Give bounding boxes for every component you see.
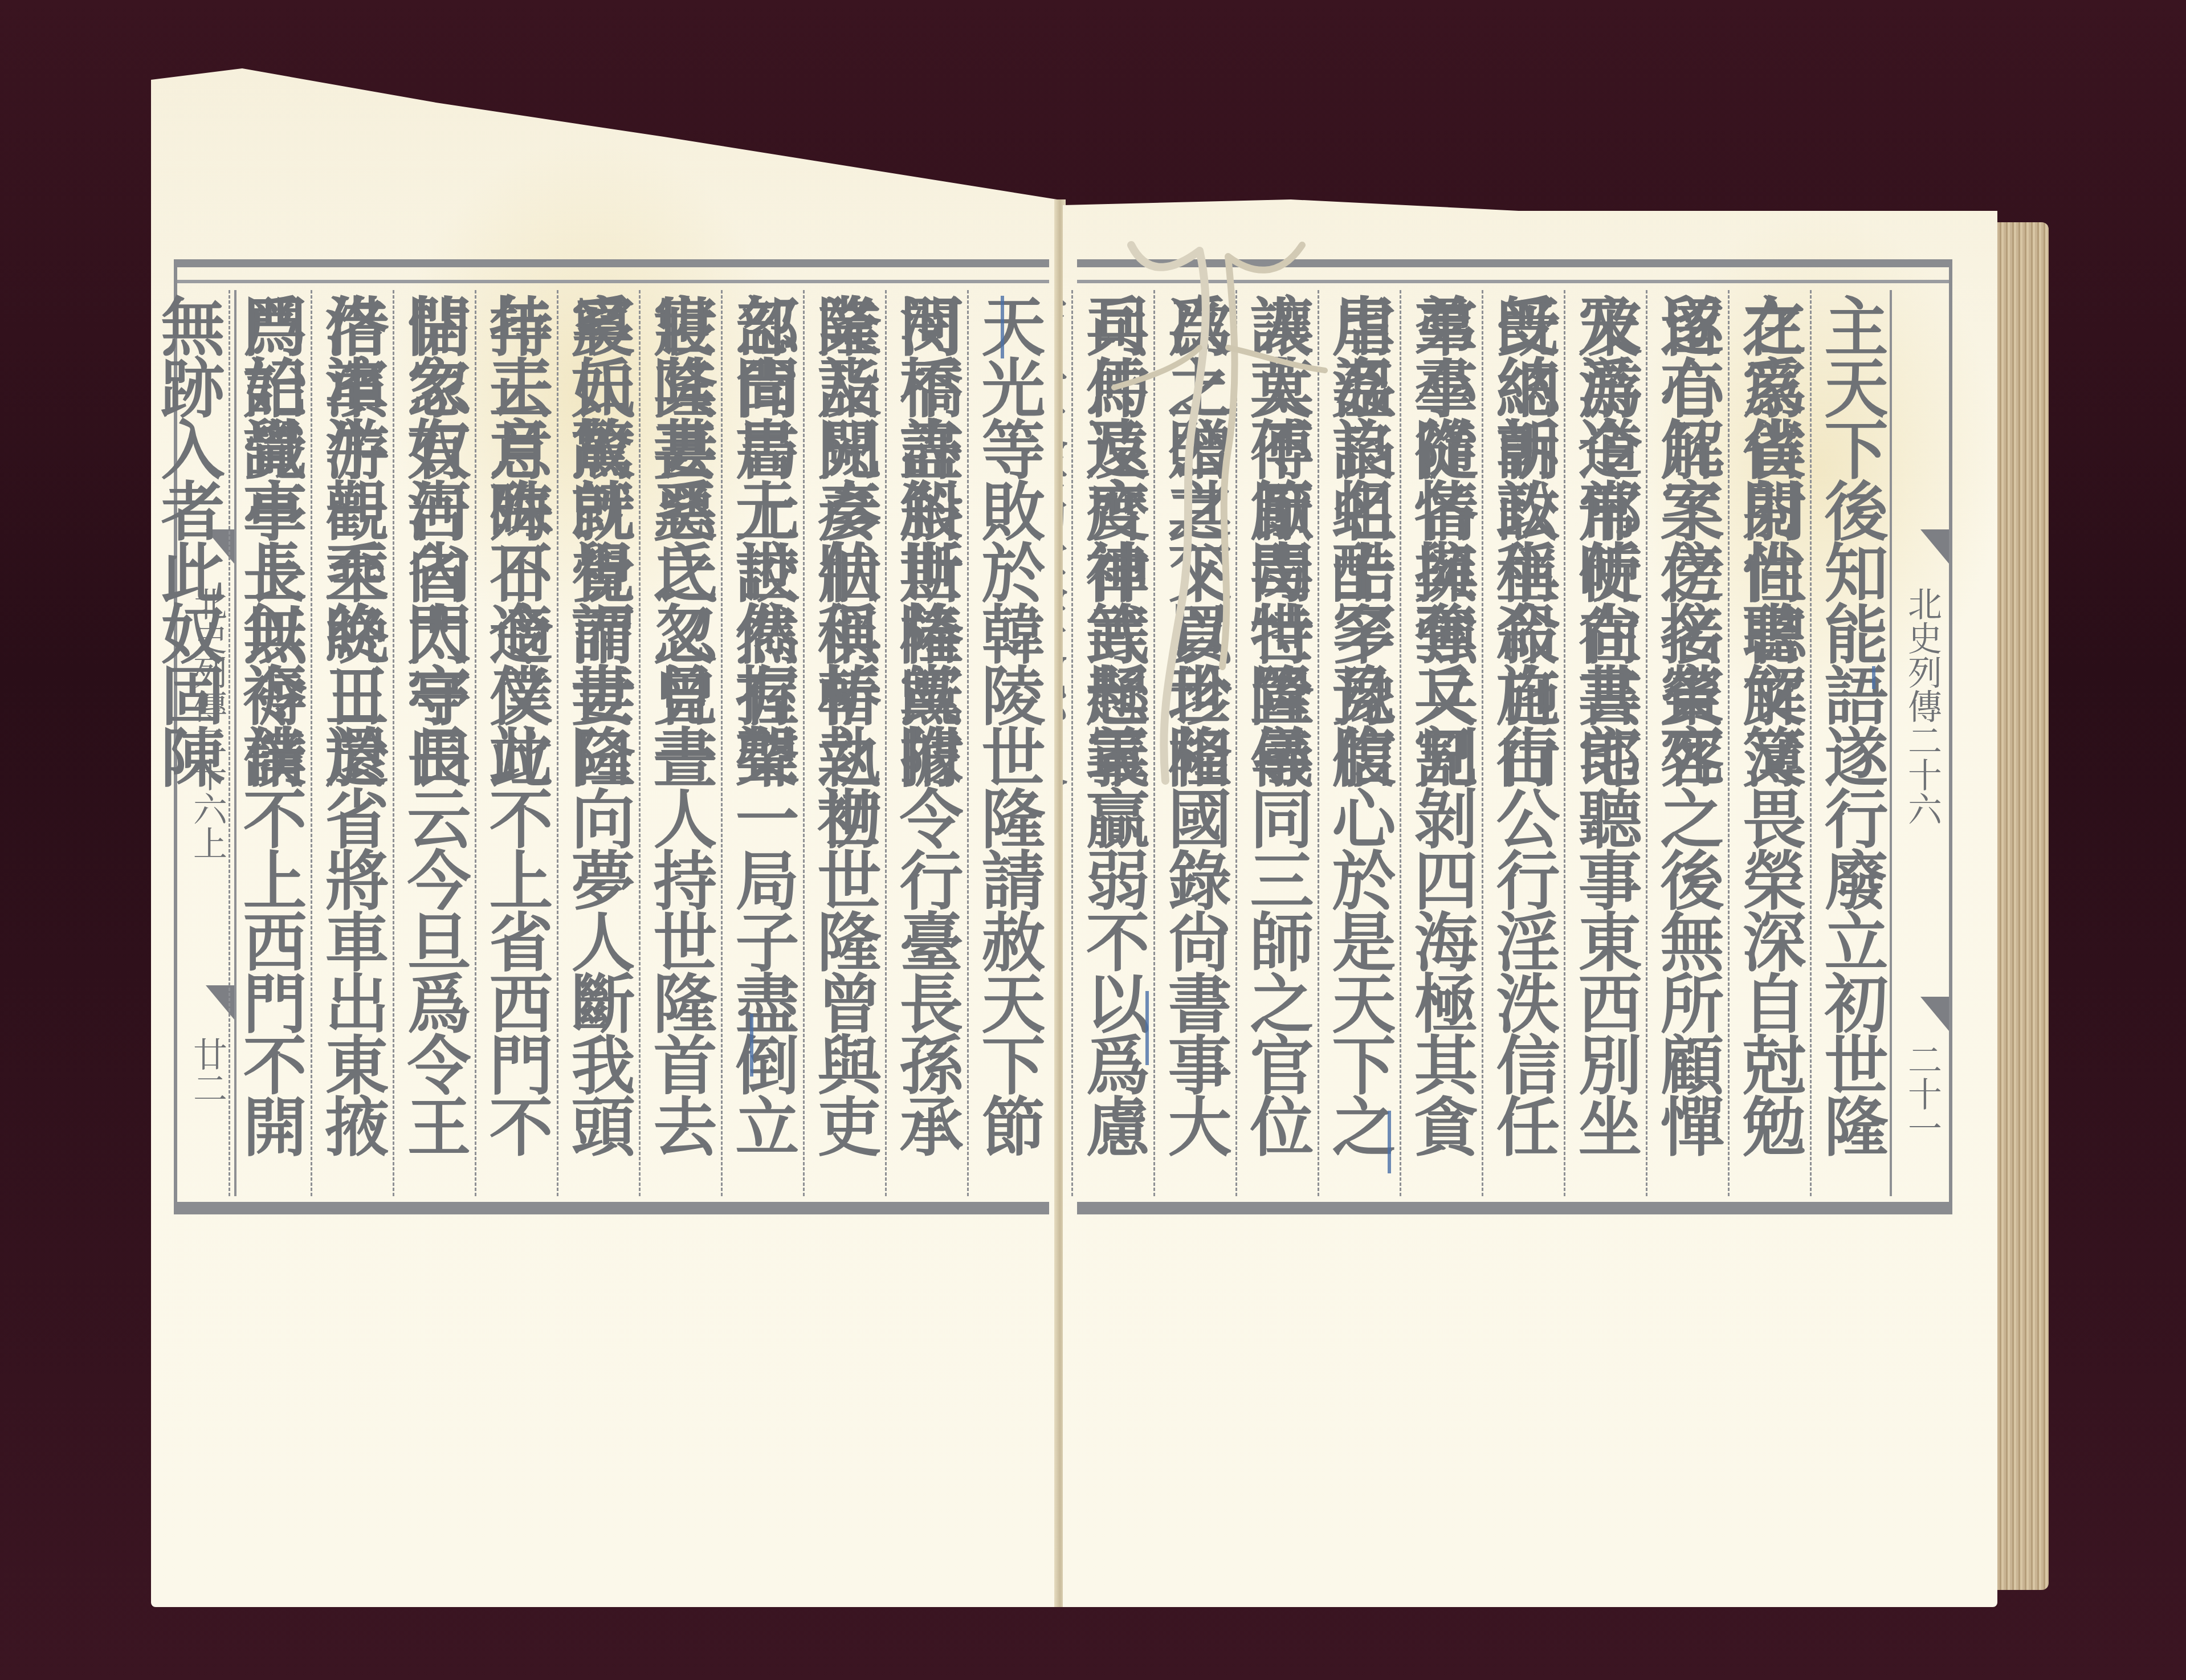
- top-rule: [177, 280, 1049, 283]
- right-block-heart: 北史列傳二十六 二十一: [1890, 290, 1949, 1196]
- text-column: 天光等敗於韓陵世隆請赦天下節閔不許斛斯椿旣據: [967, 290, 1049, 1196]
- left-text-columns: 天光等敗於韓陵世隆請赦天下節閔不許斛斯椿旣據 河橋盡殺世隆黨附令行臺長孫承業詣闕…: [240, 290, 1049, 1196]
- ink-marker: [1872, 666, 1875, 689]
- right-heart-page-number: 二十一: [1898, 1042, 1947, 1145]
- ink-marker: [750, 1014, 753, 1076]
- ink-marker: [1388, 1111, 1391, 1173]
- binding-thread-icon: [1097, 234, 1336, 804]
- left-heart-page-number: 廿二: [183, 1037, 232, 1105]
- fish-tail-icon: [1892, 529, 1949, 564]
- page-edges: [1997, 222, 2049, 1590]
- text-column: 主天下後知能語遂行廢立初世隆之爲僕射尙書文簿: [1810, 290, 1892, 1196]
- ink-marker: [1001, 296, 1004, 358]
- fish-tail-icon: [1892, 997, 1949, 1031]
- open-book: 北史列傳二十六上 廿二 天光等敗於韓陵世隆請赦天下節閔不許斛斯椿旣據 河橋盡殺世…: [151, 68, 2049, 1630]
- left-page-frame: 北史列傳二十六上 廿二 天光等敗於韓陵世隆請赦天下節閔不許斛斯椿旣據 河橋盡殺世…: [174, 259, 1049, 1214]
- ink-marker: [1145, 991, 1149, 1065]
- right-heart-title: 北史列傳二十六: [1898, 586, 1947, 826]
- fish-tail-icon: [177, 985, 234, 1020]
- left-page: 北史列傳二十六上 廿二 天光等敗於韓陵世隆請赦天下節閔不許斛斯椿旣據 河橋盡殺世…: [151, 68, 1057, 1607]
